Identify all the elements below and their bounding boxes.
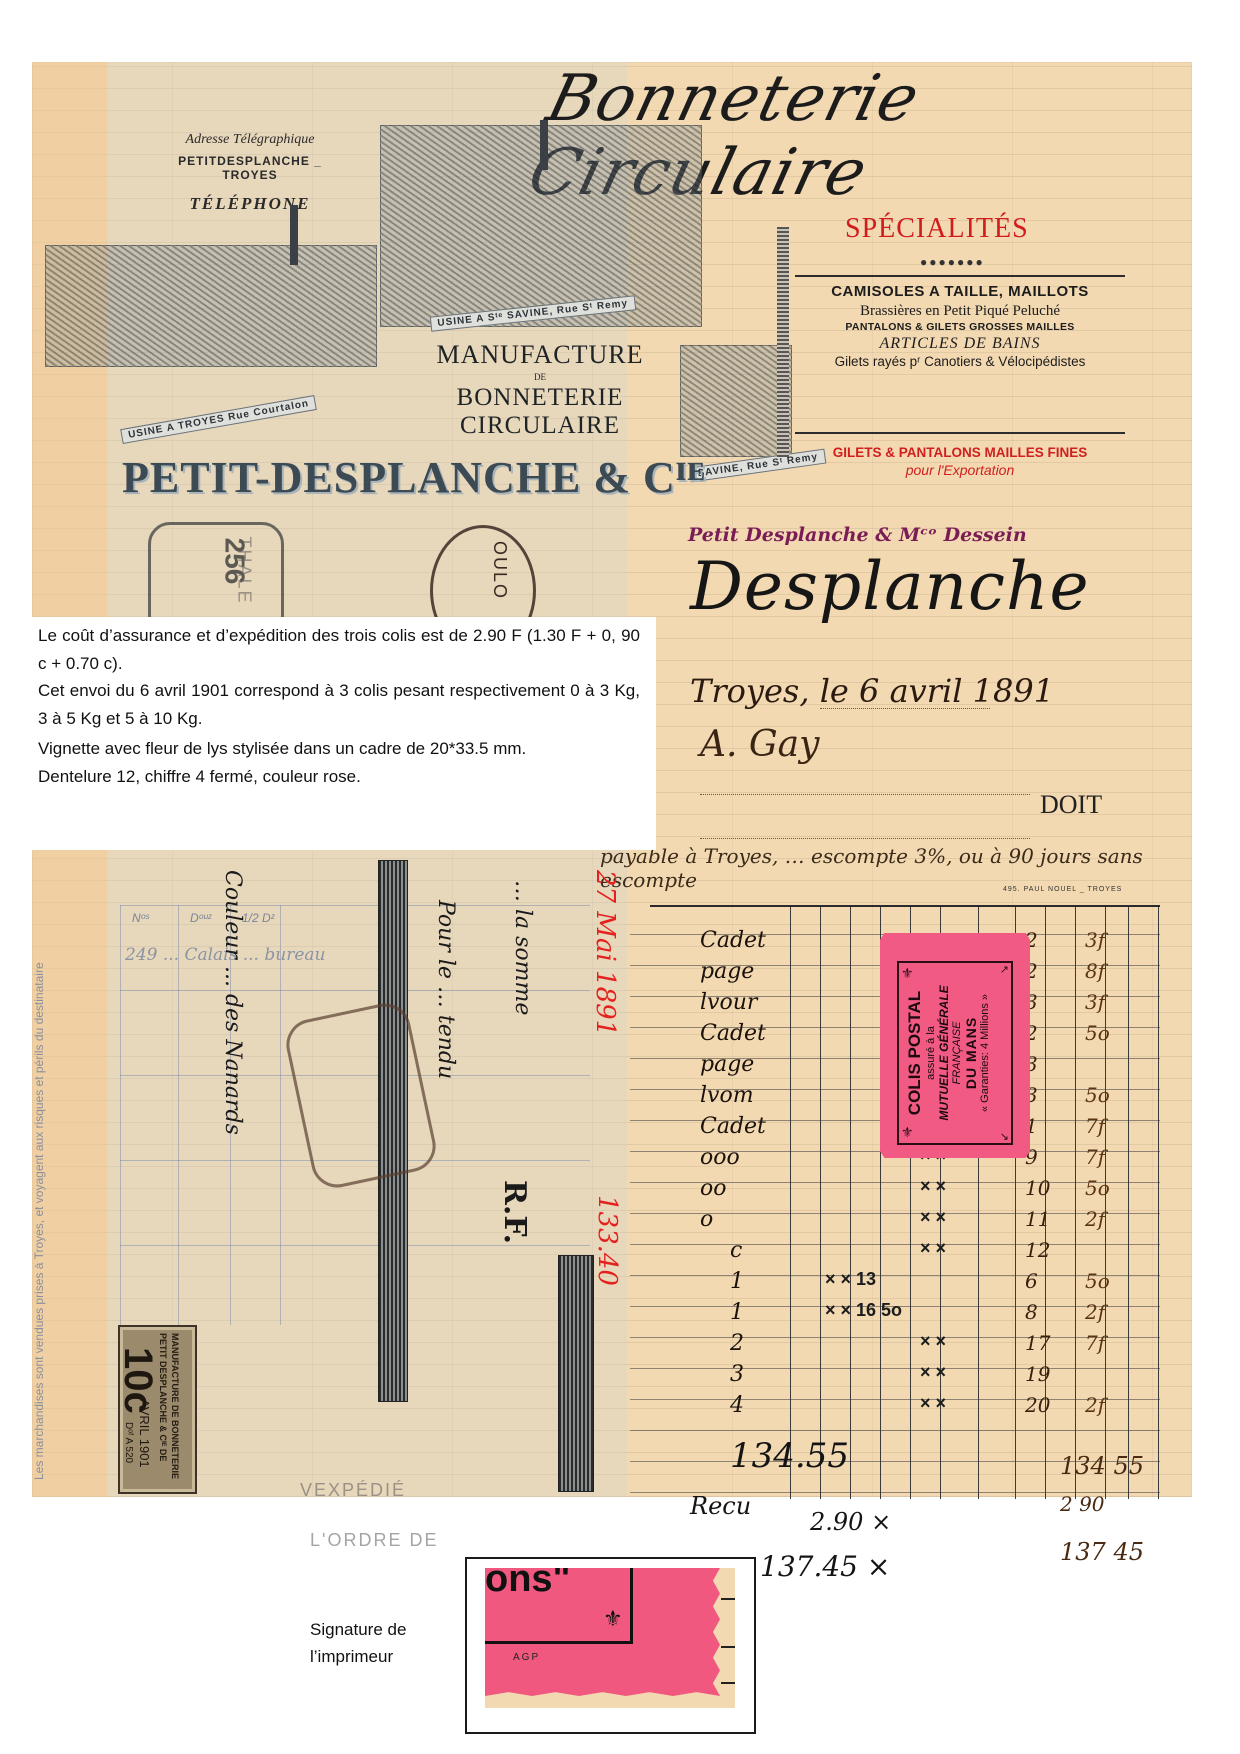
annotation-cost-text: Le coût d’assurance et d’expédition des …: [38, 622, 640, 677]
specialites-title: SPÉCIALITÉS: [845, 213, 1029, 245]
ledger-item-name: Cadet: [700, 1021, 766, 1046]
chimney-icon: [290, 205, 298, 265]
rf-mark: R.F.: [497, 1180, 532, 1244]
ledger-number: 19: [1025, 1362, 1050, 1386]
ledger-item-name: 3: [730, 1362, 744, 1387]
ledger-row: c× ×12: [690, 1238, 1160, 1268]
inset-ledger-line: [721, 1598, 735, 1600]
receipt-column-line: [280, 905, 281, 1325]
ledger-amount: 2f: [1085, 1207, 1105, 1231]
detail-inset: ons" ⚜ AGP: [465, 1557, 756, 1734]
total-right: 137 45: [1060, 1538, 1144, 1566]
telegraph-address: PETITDESPLANCHE _ TROYES: [150, 154, 350, 182]
vertical-script: Couleur ... des Nanards: [220, 870, 245, 1135]
ledger-number: 11: [1025, 1207, 1050, 1231]
inset-frame-line: [485, 1641, 633, 1644]
doit-label: DOIT: [1040, 790, 1102, 820]
annotation-paragraph-2: Vignette avec fleur de lys stylisée dans…: [38, 735, 640, 790]
ledger-tick-marks: × ×: [920, 1362, 946, 1383]
ledger-row: 2× ×177f: [690, 1331, 1160, 1361]
vertical-script: Pour le … tendu: [433, 900, 458, 1079]
receipt-column-line: [120, 905, 121, 1325]
ledger-row: oo× ×105o: [690, 1176, 1160, 1206]
ledger-item-name: page: [700, 1052, 754, 1077]
ledger-number: 10: [1025, 1176, 1050, 1200]
inset-pink-paper: ons" ⚜ AGP: [485, 1568, 720, 1696]
ledger-amount: 5o: [1085, 1269, 1110, 1293]
ledger-amount: 5o: [1085, 1176, 1110, 1200]
subtotal-left: 134.55: [730, 1436, 849, 1476]
round-stamp-text: OULO: [489, 541, 510, 600]
ledger-amount: 2f: [1085, 1300, 1105, 1324]
company-name: PETIT-DESPLANCHE & Cᴵᴱ: [122, 452, 705, 503]
ledger-amount: 7f: [1085, 1145, 1105, 1169]
telegraph-label: Adresse Télégraphique: [150, 132, 350, 148]
ledger-item-name: 1: [730, 1300, 744, 1325]
ledger-amount: 7f: [1085, 1331, 1105, 1355]
annotation-vignette-text: Vignette avec fleur de lys stylisée dans…: [38, 735, 640, 763]
large-script-name: Desplanche: [690, 548, 1090, 625]
fleur-de-lys-icon: ⚜: [901, 1124, 914, 1141]
faint-stamp-line: VEXPÉDIÉ: [300, 1480, 406, 1501]
ledger-item-name: o: [700, 1207, 713, 1232]
ledger-number: 17: [1025, 1331, 1050, 1355]
ledger-amount: 3f: [1085, 928, 1105, 952]
export-line: GILETS & PANTALONS MAILLES FINES pour l'…: [795, 445, 1125, 478]
red-vertical-date: 27 Mai 1891: [590, 870, 620, 1036]
colis-postal-vignette: COLIS POSTAL assuré à la MUTUELLE GÉNÉRA…: [880, 933, 1030, 1158]
ledger-amount: 7f: [1085, 1114, 1105, 1138]
shipping-left: 2.90 ×: [810, 1508, 891, 1536]
factory-engraving-right: [680, 345, 792, 457]
octagon-stamp-text: THALE: [234, 536, 255, 604]
ledger-number: 20: [1025, 1393, 1050, 1417]
ledger-tick-marks: × × 16 5o: [825, 1300, 902, 1321]
factory-engraving-troyes: [45, 245, 377, 367]
recipient-name: A. Gay: [700, 724, 819, 765]
ledger-tick-marks: × ×: [920, 1207, 946, 1228]
ledger-item-name: Cadet: [700, 1114, 766, 1139]
inset-ledger-line: [721, 1646, 735, 1648]
ledger-item-name: 4: [730, 1393, 744, 1418]
ledger-item-name: c: [730, 1238, 742, 1263]
corner-ornament-icon: ↘: [1000, 1130, 1009, 1143]
annotation-shipment-text: Cet envoi du 6 avril 1901 correspond à 3…: [38, 677, 640, 732]
annotation-paragraph-1: Le coût d’assurance et d’expédition des …: [38, 622, 640, 732]
subtotal-right: 134 55: [1060, 1452, 1144, 1480]
ledger-tick-marks: × ×: [920, 1238, 946, 1259]
fleur-de-lys-icon: ⚜: [901, 965, 914, 982]
ledger-tick-marks: × ×: [920, 1331, 946, 1352]
ledger-tick-marks: × × 13: [825, 1269, 876, 1290]
vignette-text: COLIS POSTAL assuré à la MUTUELLE GÉNÉRA…: [899, 963, 1011, 1143]
ledger-amount: 5o: [1085, 1083, 1110, 1107]
fleur-de-lys-icon: ⚜: [603, 1606, 623, 1632]
invoice-date: Troyes, le 6 avril 1891: [690, 672, 1054, 710]
inset-fragment-text: ons": [485, 1568, 571, 1601]
ledger-row: 1× × 1365o: [690, 1269, 1160, 1299]
ledger-amount: 8f: [1085, 959, 1105, 983]
inset-zoomed-vignette: ons" ⚜ AGP: [485, 1568, 735, 1708]
date-dotted-line: [820, 708, 990, 709]
ledger-row: 1× × 16 5o82f: [690, 1300, 1160, 1330]
ledger-item-name: 1: [730, 1269, 744, 1294]
chimney-icon: [540, 120, 548, 170]
printer-credit: 495. PAUL NOUEL _ TROYES: [1003, 886, 1122, 893]
receipt-row-line: [120, 1245, 590, 1246]
ledger-item-name: page: [700, 959, 754, 984]
vignette-frame: COLIS POSTAL assuré à la MUTUELLE GÉNÉRA…: [897, 961, 1013, 1145]
telephone-label: TÉLÉPHONE: [150, 194, 350, 214]
specialites-list: CAMISOLES A TAILLE, MAILLOTS Brassières …: [795, 283, 1125, 371]
ledger-amount: 5o: [1085, 1021, 1110, 1045]
inset-frame-line: [630, 1568, 633, 1643]
faint-stamp-line: L'ORDRE DE: [310, 1530, 438, 1551]
ledger-number: 12: [1025, 1238, 1050, 1262]
address-dotted-line: [700, 838, 1030, 839]
specialites-panel: SPÉCIALITÉS ●●●●●●● CAMISOLES A TAILLE, …: [795, 205, 1125, 500]
ledger-row: o× ×112f: [690, 1207, 1160, 1237]
ledger-number: 6: [1025, 1269, 1038, 1293]
ledger-item-name: 2: [730, 1331, 744, 1356]
purple-company-stamp: Petit Desplanche & Mᶜᵒ Dessein: [688, 524, 1027, 546]
ledger-item-name: lvom: [700, 1083, 754, 1108]
annotation-perforation-text: Dentelure 12, chiffre 4 fermé, couleur r…: [38, 763, 640, 791]
red-vertical-amount: 133.40: [592, 1195, 622, 1286]
ledger-item-name: ooo: [700, 1145, 740, 1170]
shipping-right: 2 90: [1060, 1492, 1105, 1516]
payment-terms: payable à Troyes, … escompte 3%, ou à 90…: [600, 844, 1240, 892]
receipt-black-bar: [558, 1255, 594, 1492]
inset-ledger-line: [721, 1682, 735, 1684]
ledger-tick-marks: × ×: [920, 1393, 946, 1414]
receipt-column-line: [178, 905, 179, 1325]
ledger-item-name: oo: [700, 1176, 727, 1201]
recipient-dotted-line: [700, 794, 1030, 795]
printer-mark: AGP: [513, 1652, 540, 1663]
receipt-side-text: Les marchandises sont vendues prises à T…: [32, 962, 46, 1480]
corner-ornament-icon: ↗: [1000, 963, 1009, 976]
annotation-box: Le coût d’assurance et d’expédition des …: [30, 617, 656, 850]
telegraph-block: Adresse Télégraphique PETITDESPLANCHE _ …: [150, 132, 350, 214]
vertical-script: … la somme: [510, 880, 535, 1015]
ledger-row: 3× ×19: [690, 1362, 1160, 1392]
ledger-amount: 3f: [1085, 990, 1105, 1014]
total-left: 137.45 ×: [760, 1550, 890, 1583]
manufacture-heading: MANUFACTURE DE BONNETERIE CIRCULAIRE: [390, 340, 690, 440]
ledger-number: 8: [1025, 1300, 1038, 1324]
ledger-tick-marks: × ×: [920, 1176, 946, 1197]
ledger-item-name: Cadet: [700, 928, 766, 953]
beads-ornament-icon: ●●●●●●●: [920, 255, 985, 269]
ledger-row-line: [630, 1430, 1160, 1431]
recu-label: Recu: [690, 1492, 751, 1520]
inset-caption: Signature de l’imprimeur: [310, 1616, 420, 1670]
ledger-row: 4× ×202f: [690, 1393, 1160, 1423]
ledger-amount: 2f: [1085, 1393, 1105, 1417]
revenue-stamp: MANUFACTURE DE BONNETERIE PETIT DESPLANC…: [118, 1325, 197, 1494]
ledger-item-name: lvour: [700, 990, 757, 1015]
